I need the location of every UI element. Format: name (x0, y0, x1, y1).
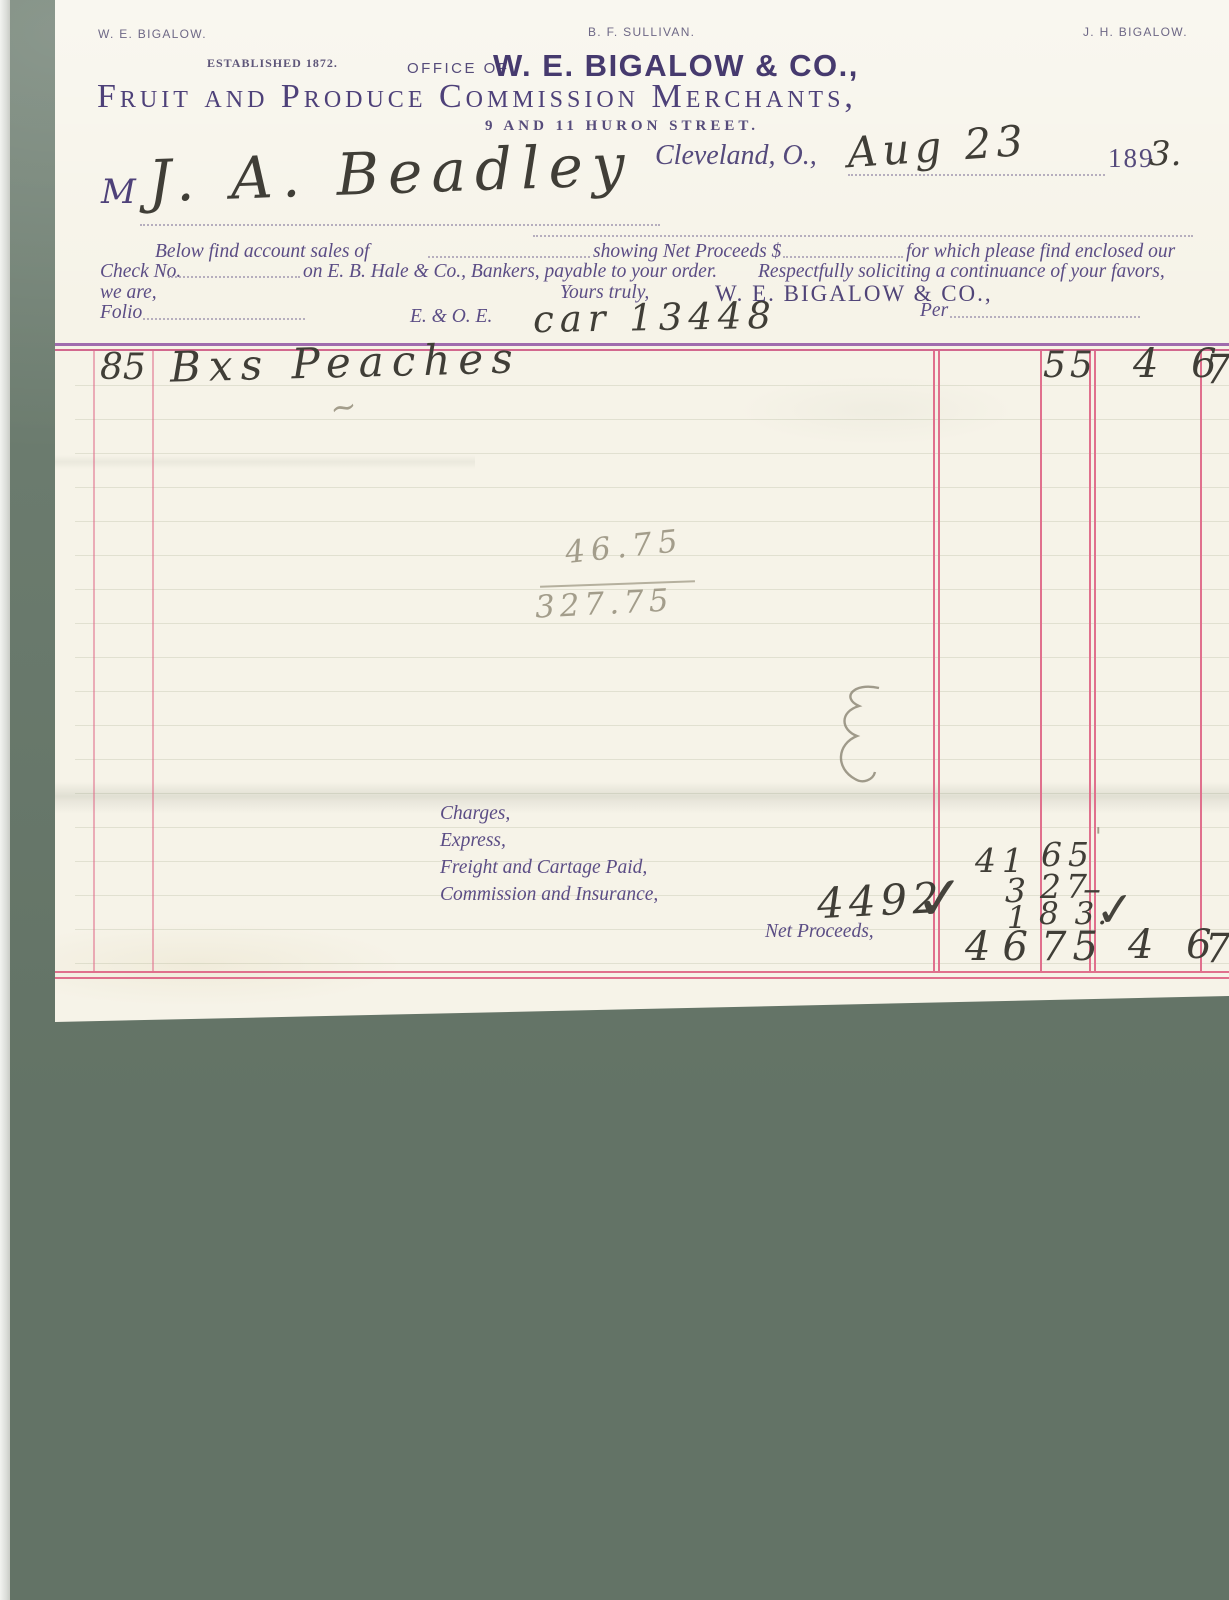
handwritten-addressee-name: J. A. Beadley (147, 134, 635, 215)
table-vertical-rule (93, 351, 95, 973)
partner-name-center: B. F. SULLIVAN. (588, 26, 695, 39)
addressee-dotted-rule (140, 224, 660, 226)
we-are-text: we are, (100, 282, 157, 303)
total-cents: 75 (1041, 925, 1104, 969)
folio-label: Folio (100, 302, 142, 323)
net-total-cents: 7 (1205, 927, 1229, 971)
folio-dotted-rule (143, 318, 305, 320)
charges-label: Charges, (440, 803, 510, 824)
handwritten-date: Aug 23 (846, 118, 1030, 177)
freight-label: Freight and Cartage Paid, (440, 857, 647, 878)
second-address-dotted-rule (533, 235, 1193, 237)
table-vertical-rule (152, 351, 154, 973)
commission-label: Commission and Insurance, (440, 884, 658, 905)
scanned-invoice-photo: W. E. BIGALOW. B. F. SULLIVAN. J. H. BIG… (0, 0, 1229, 1600)
scan-edge-strip (0, 0, 10, 1600)
charge-row1-tick-mark: ' (1095, 824, 1102, 850)
total-dollars: 46 (965, 925, 1040, 969)
table-bottom-rule-1 (55, 971, 1229, 973)
respectfully-text: Respectfully soliciting a continuance of… (758, 261, 1165, 282)
per-dotted-rule (950, 316, 1140, 318)
showing-net-proceeds-text: showing Net Proceeds $ (593, 241, 781, 262)
eoe-label: E. & O. E. (410, 306, 492, 327)
sales-of-dotted-rule (428, 256, 590, 258)
net-proceeds-dotted-rule (783, 256, 903, 258)
large-check-mark: ✓ (913, 864, 968, 933)
for-which-text: for which please find enclosed our (906, 241, 1175, 262)
addressee-prefix: M (101, 174, 136, 211)
partner-name-left: W. E. BIGALOW. (98, 28, 207, 41)
ledger-amount-cents: 7 (1205, 348, 1229, 392)
handwritten-car-number: car 13448 (533, 296, 778, 341)
table-vertical-rule (1200, 351, 1202, 973)
handwritten-year-digit: 3. (1149, 136, 1181, 173)
check-no-dotted-rule (168, 276, 300, 278)
year-printed: 189 (1108, 144, 1155, 174)
ledger-description: Bxs Peaches (169, 335, 521, 390)
ledger-quantity: 85 (100, 348, 146, 388)
below-find-text: Below find account sales of (155, 241, 369, 262)
on-bankers-text: on E. B. Hale & Co., Bankers, payable to… (303, 261, 717, 282)
check-no-label: Check No. (100, 261, 181, 282)
partner-name-right: J. H. BIGALOW. (1083, 26, 1188, 39)
business-line: Fruit and Produce Commission Merchants, (97, 78, 857, 115)
established-text: ESTABLISHED 1872. (207, 57, 338, 70)
pencil-scribble-icon (833, 682, 891, 790)
ledger-unit-price: 55 (1043, 346, 1097, 386)
pencil-sum-bottom: 327.75 (534, 583, 674, 624)
invoice-paper: W. E. BIGALOW. B. F. SULLIVAN. J. H. BIG… (55, 0, 1229, 1026)
per-label: Per (920, 300, 948, 321)
table-bottom-rule-2 (55, 977, 1229, 979)
express-label: Express, (440, 830, 506, 851)
city-printed: Cleveland, O., (655, 141, 817, 172)
